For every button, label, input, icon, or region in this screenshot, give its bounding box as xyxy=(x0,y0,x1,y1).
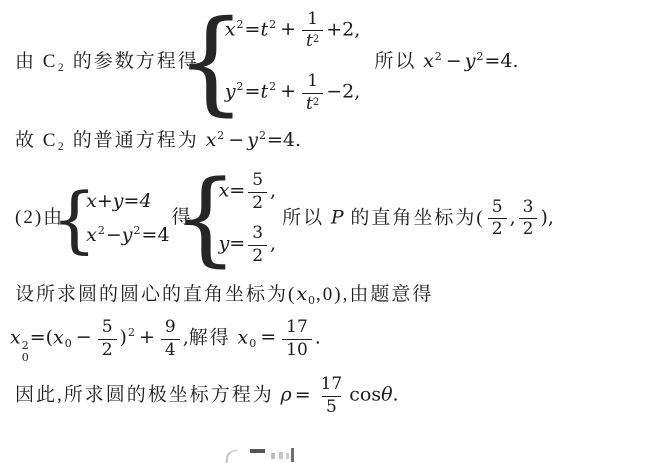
fraction-denominator: 2 xyxy=(248,192,267,214)
fraction-9-over-4: 94 xyxy=(161,318,180,360)
fraction-numerator: 3 xyxy=(248,224,267,245)
fraction-numerator: 9 xyxy=(161,318,180,339)
fraction-3-over-2: 32 xyxy=(519,198,538,240)
equals-open-paren: =( xyxy=(30,326,53,348)
var-t: t xyxy=(306,94,313,114)
var-p: P xyxy=(331,206,344,228)
period: . xyxy=(315,326,321,348)
ordinary-equation-text: 故 C₂ 的普通方程为 xyxy=(15,130,206,151)
solution-y: y=32, xyxy=(219,224,277,266)
fraction-numerator: 1 xyxy=(303,72,322,93)
fraction-denominator: t2 xyxy=(302,93,323,115)
fraction-denominator: 2 xyxy=(488,218,507,240)
superscript: 2 xyxy=(237,18,244,31)
sup-sub-stack: 20 xyxy=(22,340,29,363)
so-text: 所以 xyxy=(374,51,423,72)
fraction-1-over-t2: 1t2 xyxy=(302,72,323,114)
conclusion-x2-minus-y2: 所以 x2−y2=4. xyxy=(374,49,518,75)
x-equals: x= xyxy=(219,180,246,202)
equation-x-squared: x2=t2+1t2+2, xyxy=(225,10,361,52)
fraction-17-over-5: 175 xyxy=(317,375,347,417)
clipped-fraction-bar xyxy=(250,449,265,453)
close-paren: ) xyxy=(120,326,127,348)
var-t: t xyxy=(306,31,313,51)
center-setup-text: 设所求圆的圆心的直角坐标为( xyxy=(15,284,296,305)
var-y: y xyxy=(247,129,258,151)
clipped-glyph-stroke xyxy=(291,448,294,462)
var-theta: θ. xyxy=(381,384,398,406)
line-parametric-derivation: 由 C₂ 的参数方程得 { x2=t2+1t2+2, y2=t2+1t2−2, … xyxy=(15,0,647,118)
var-x: x xyxy=(238,326,249,348)
line-circle-center-setup: 设所求圆的圆心的直角坐标为(x0,0),由题意得 xyxy=(15,282,647,308)
equation-x2-minus-y2: x2−y2=4 xyxy=(86,223,169,249)
subscript: 0 xyxy=(249,337,256,350)
fraction-numerator: 5 xyxy=(248,171,267,192)
fraction-numerator: 3 xyxy=(519,198,538,219)
superscript: 2 xyxy=(259,129,266,142)
equation-y-squared: y2=t2+1t2−2, xyxy=(225,72,361,114)
y-equals: y= xyxy=(219,233,246,255)
superscript: 2 xyxy=(476,50,483,63)
var-y: y xyxy=(465,50,476,72)
var-rho: ρ xyxy=(281,384,292,406)
fraction-1-over-t2: 1t2 xyxy=(302,10,323,52)
system-brace-2: { xyxy=(64,183,84,255)
fraction-5-over-2: 52 xyxy=(488,198,507,240)
solution-system: x=52, y=32, xyxy=(219,171,277,266)
superscript: 2 xyxy=(435,50,442,63)
equation-x-plus-y: x+y=4 xyxy=(86,189,169,215)
clipped-next-line-fragment xyxy=(224,448,334,463)
equals-sign: = xyxy=(260,326,276,348)
fraction-denominator: 2 xyxy=(248,245,267,267)
system-brace-3: { xyxy=(195,168,217,270)
line-ordinary-equation: 故 C₂ 的普通方程为 x2−y2=4. xyxy=(15,128,647,154)
superscript: 2 xyxy=(98,224,105,237)
minus-sign: − xyxy=(76,326,92,348)
clipped-glyph-mark xyxy=(271,453,275,459)
fraction-numerator: 5 xyxy=(488,198,507,219)
by-condition-text: ,0),由题意得 xyxy=(316,284,433,305)
var-x: x xyxy=(86,224,97,246)
fraction-17-over-10: 1710 xyxy=(282,318,312,360)
subscript: 0 xyxy=(65,337,72,350)
fraction-denominator: t2 xyxy=(302,30,323,52)
superscript: 2 xyxy=(128,326,135,339)
equals-4: =4 xyxy=(142,224,170,246)
fraction-denominator: 5 xyxy=(322,396,341,418)
minus-y: −y xyxy=(106,224,133,246)
var-x0: x xyxy=(296,283,307,305)
superscript: 2 xyxy=(313,97,319,108)
equals-4: =4. xyxy=(267,129,301,151)
minus-sign: − xyxy=(228,129,244,151)
fraction-denominator: 10 xyxy=(282,339,312,361)
plus-2-comma: +2, xyxy=(326,18,360,40)
x-plus-y-equals-4: x+y=4 xyxy=(86,190,151,212)
minus-sign: − xyxy=(446,50,462,72)
fraction-numerator: 1 xyxy=(303,10,322,31)
var-x: x xyxy=(225,18,236,40)
comma: , xyxy=(270,233,276,255)
solve-text: 解得 xyxy=(189,327,238,348)
superscript: 2 xyxy=(134,224,141,237)
subscript: 0 xyxy=(308,294,315,307)
so-text: 所以 xyxy=(282,207,331,228)
math-solution-document: 由 C₂ 的参数方程得 { x2=t2+1t2+2, y2=t2+1t2−2, … xyxy=(0,0,647,463)
comma: , xyxy=(510,206,516,228)
minus-2-comma: −2, xyxy=(326,80,360,102)
var-y: y xyxy=(225,80,236,102)
superscript: 2 xyxy=(269,80,276,93)
fraction-numerator: 17 xyxy=(282,318,312,339)
var-x: x xyxy=(206,129,217,151)
comma: , xyxy=(270,180,276,202)
superscript: 2 xyxy=(237,80,244,93)
equals-t: =t xyxy=(245,80,269,102)
linear-system: x+y=4 x2−y2=4 xyxy=(86,189,169,249)
polar-conclusion-text: 因此,所求圆的极坐标方程为 xyxy=(15,385,281,406)
fraction-denominator: 4 xyxy=(161,339,180,361)
line-solve-x0: x20=(x0−52)2+94,解得 x0=1710. xyxy=(10,318,647,364)
clipped-glyph-mark xyxy=(286,453,289,459)
line-polar-equation: 因此,所求圆的极坐标方程为 ρ=175cosθ. xyxy=(15,375,647,417)
equals-sign: = xyxy=(295,384,311,406)
superscript: 2 xyxy=(269,18,276,31)
fraction-5-over-2: 52 xyxy=(98,318,117,360)
parametric-intro-text: 由 C₂ 的参数方程得 xyxy=(15,50,199,75)
fraction-denominator: 2 xyxy=(519,218,538,240)
equation-system-parametric: x2=t2+1t2+2, y2=t2+1t2−2, xyxy=(225,10,361,114)
subscript: 0 xyxy=(22,352,29,364)
solution-x: x=52, xyxy=(219,171,277,213)
superscript: 2 xyxy=(217,129,224,142)
point-p-coordinates: 所以 P 的直角坐标为(52,32), xyxy=(282,198,554,240)
superscript: 2 xyxy=(313,34,319,45)
var-x: x xyxy=(423,50,434,72)
close-paren-comma: ), xyxy=(540,206,553,228)
plus-sign: + xyxy=(280,18,296,40)
system-brace-1: { xyxy=(199,6,223,118)
line-solve-intersection: (2)由 { x+y=4 x2−y2=4 得 { x=52, y=32, 所以 … xyxy=(15,168,647,270)
fraction-3-over-2: 32 xyxy=(248,224,267,266)
equals-t: =t xyxy=(245,18,269,40)
equals-4: =4. xyxy=(484,50,518,72)
var-x: x xyxy=(53,326,64,348)
var-x: x xyxy=(10,326,21,348)
plus-sign: + xyxy=(280,80,296,102)
fraction-numerator: 17 xyxy=(317,375,347,396)
cos-function: cos xyxy=(349,384,381,406)
coordinates-text: 的直角坐标为( xyxy=(344,207,485,228)
clipped-glyph-mark xyxy=(279,452,283,459)
clipped-brace-top xyxy=(225,448,238,463)
fraction-numerator: 5 xyxy=(98,318,117,339)
fraction-denominator: 2 xyxy=(98,339,117,361)
fraction-5-over-2: 52 xyxy=(248,171,267,213)
plus-sign: + xyxy=(139,326,155,348)
